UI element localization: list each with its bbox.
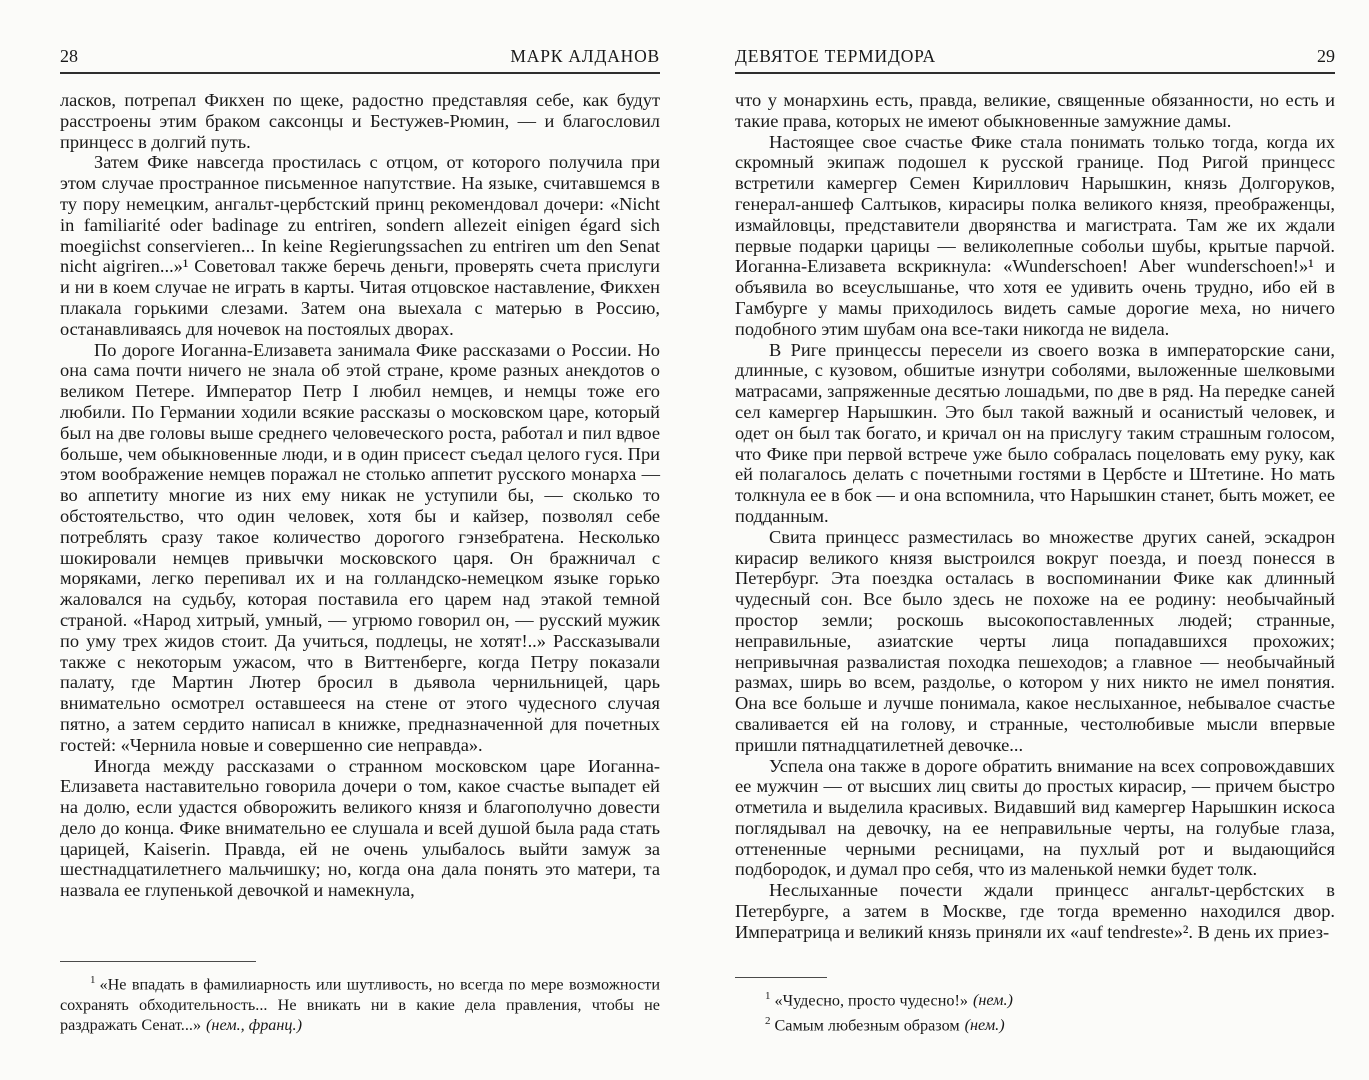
footnote-text: «Чудесно, просто чудесно!»	[775, 991, 968, 1009]
footnote-text: «Не впадать в фамилиарность или шутливос…	[60, 975, 660, 1034]
page-right-header: ДЕВЯТОЕ ТЕРМИДОРА 29	[735, 46, 1335, 74]
page-left: 28 МАРК АЛДАНОВ ласков, потрепал Фикхен …	[60, 46, 660, 1036]
body-text-right: что у монархинь есть, правда, великие, с…	[735, 90, 1335, 943]
footnotes-right: 1«Чудесно, просто чудесно!»(нем.) 2Самым…	[735, 977, 1335, 1036]
paragraph: что у монархинь есть, правда, великие, с…	[735, 90, 1335, 132]
footnote: 1«Не впадать в фамилиарность или шутливо…	[60, 970, 660, 1036]
footnote-language-note: (нем.)	[965, 1016, 1005, 1034]
footnote-text: Самым любезным образом	[775, 1016, 960, 1034]
paragraph: В Риге принцессы пересели из своего возк…	[735, 340, 1335, 527]
paragraph: Иногда между рассказами о странном моско…	[60, 756, 660, 902]
page-number-left: 28	[60, 46, 78, 67]
book-spread: 28 МАРК АЛДАНОВ ласков, потрепал Фикхен …	[0, 0, 1369, 1080]
running-head-title: ДЕВЯТОЕ ТЕРМИДОРА	[735, 46, 936, 67]
footnotes-left: 1«Не впадать в фамилиарность или шутливо…	[60, 961, 660, 1036]
page-left-header: 28 МАРК АЛДАНОВ	[60, 46, 660, 74]
footnote-separator	[735, 977, 827, 978]
paragraph: ласков, потрепал Фикхен по щеке, радостн…	[60, 90, 660, 152]
running-head-author: МАРК АЛДАНОВ	[510, 46, 660, 67]
footnote-language-note: (нем.)	[973, 991, 1013, 1009]
footnote-marker: 1	[765, 990, 771, 1002]
paragraph: Успела она также в дороге обратить внима…	[735, 756, 1335, 881]
footnote: 2Самым любезным образом(нем.)	[735, 1011, 1335, 1036]
paragraph: Свита принцесс разместилась во множестве…	[735, 527, 1335, 756]
paragraph: Настоящее свое счастье Фике стала понима…	[735, 132, 1335, 340]
paragraph: Неслыханные почести ждали принцесс ангал…	[735, 880, 1335, 942]
body-text-left: ласков, потрепал Фикхен по щеке, радостн…	[60, 90, 660, 901]
footnote-separator	[60, 961, 256, 962]
paragraph: Затем Фике навсегда простилась с отцом, …	[60, 152, 660, 339]
footnote: 1«Чудесно, просто чудесно!»(нем.)	[735, 986, 1335, 1011]
paragraph: По дороге Иоганна-Елизавета занимала Фик…	[60, 340, 660, 756]
footnote-marker: 2	[765, 1015, 771, 1027]
page-right: ДЕВЯТОЕ ТЕРМИДОРА 29 что у монархинь ест…	[735, 46, 1335, 1036]
footnote-language-note: (нем., франц.)	[206, 1016, 302, 1034]
footnote-marker: 1	[90, 974, 96, 986]
page-number-right: 29	[1317, 46, 1335, 67]
